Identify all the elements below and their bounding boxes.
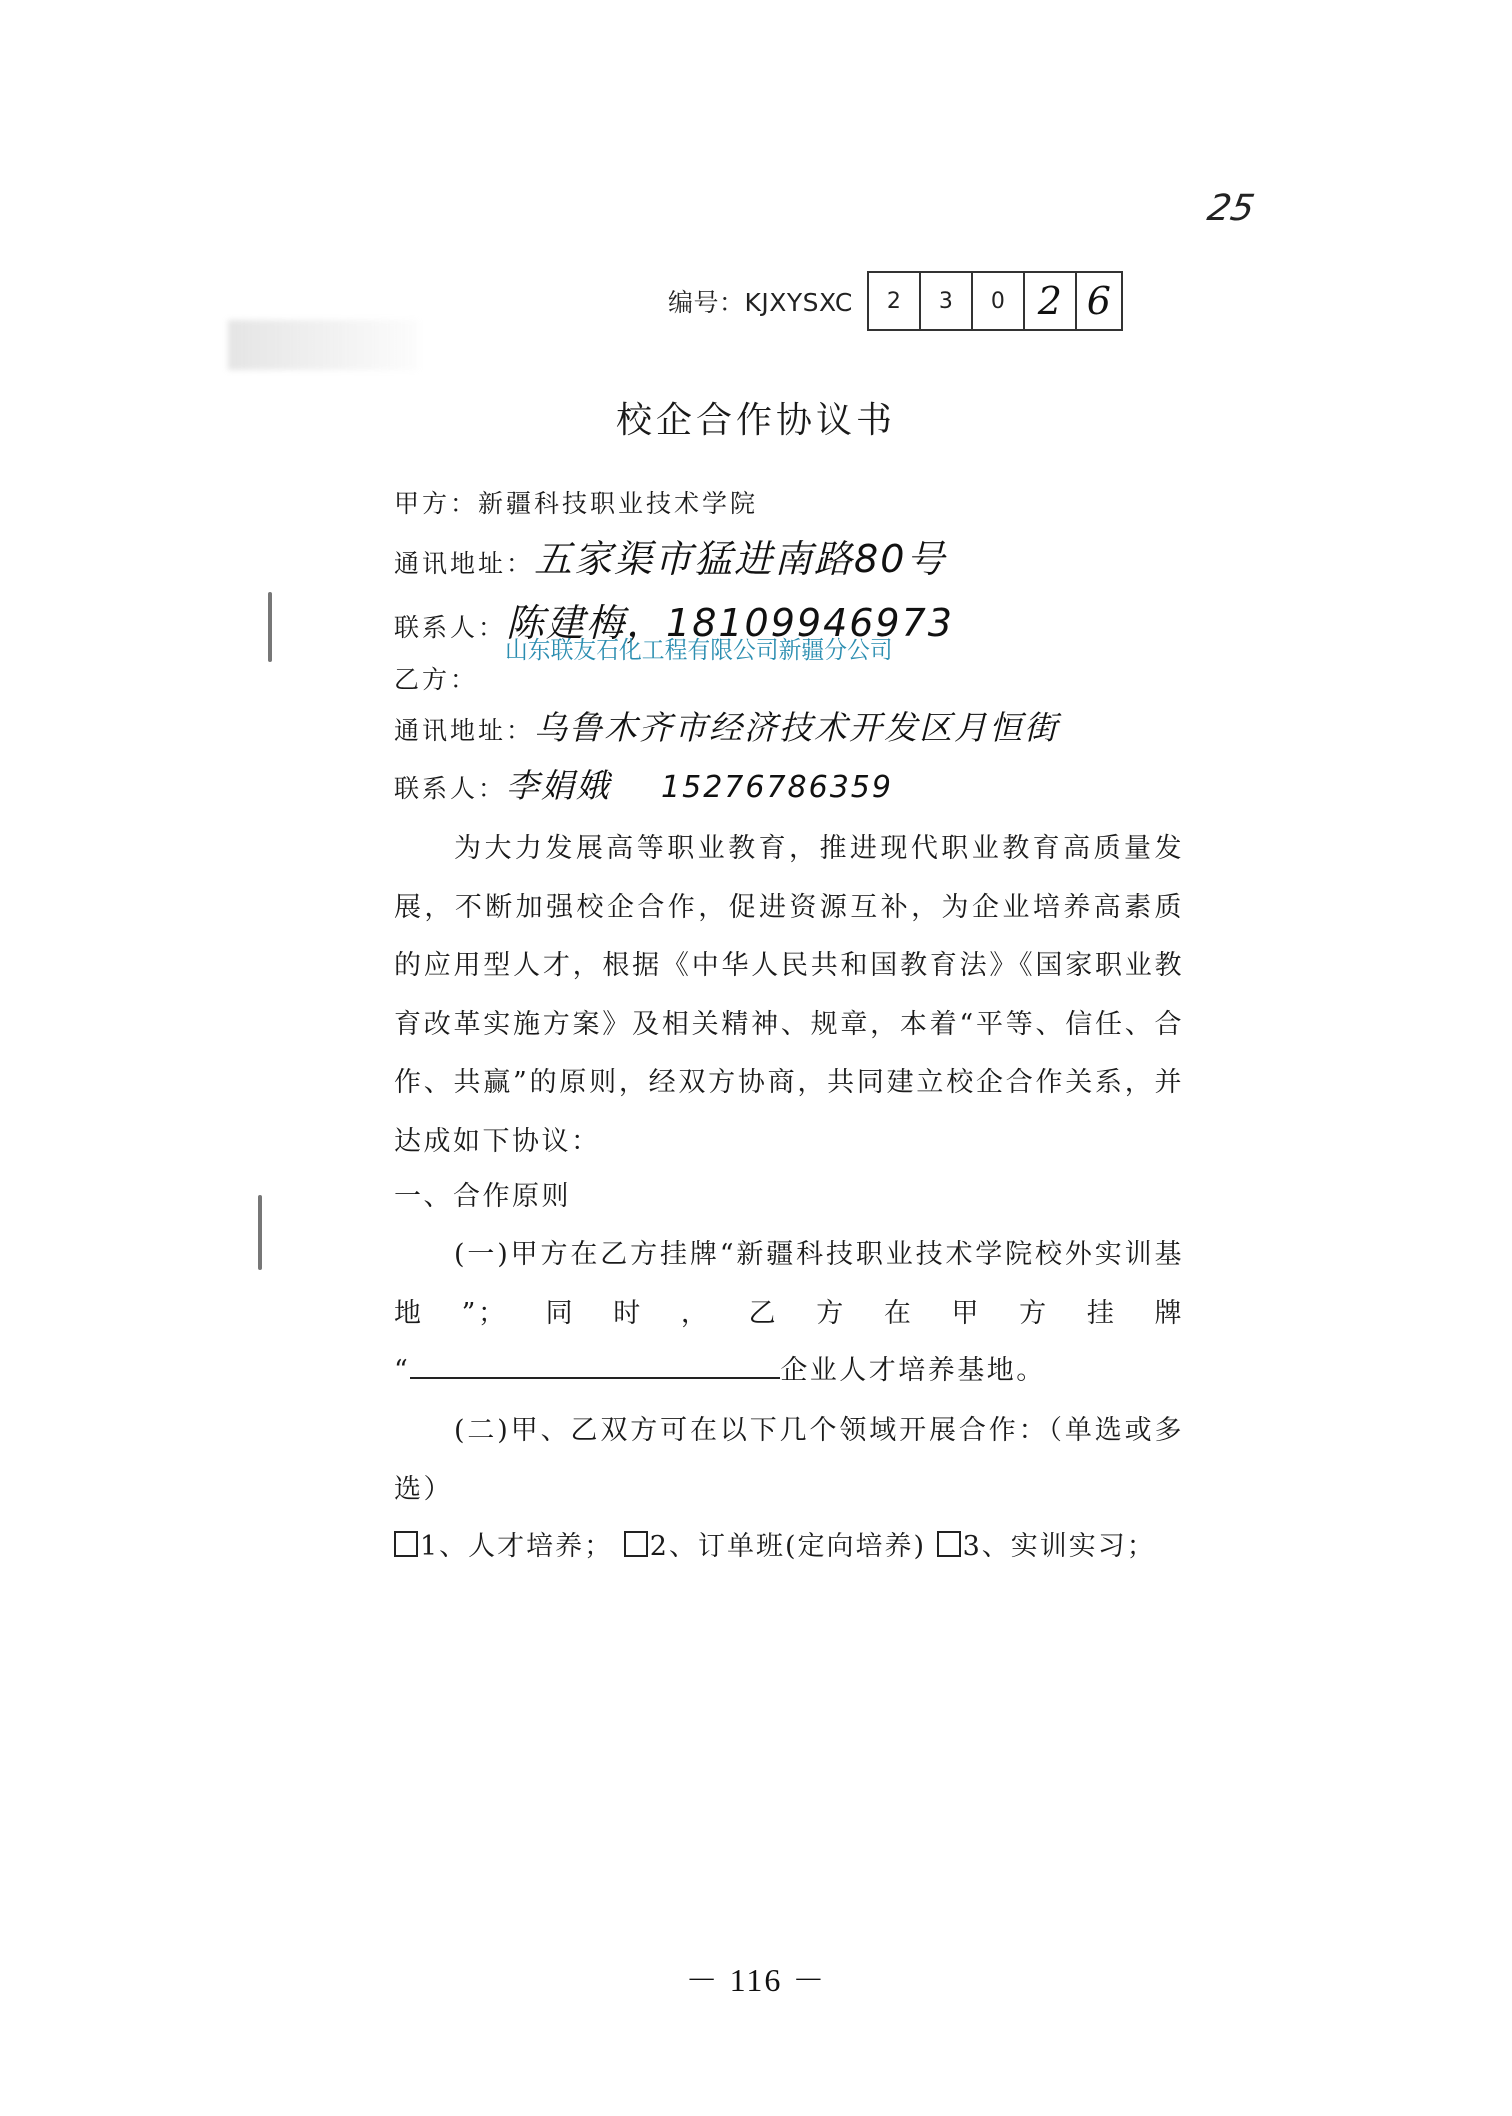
serial-digit: 2 — [869, 273, 921, 329]
serial-digit-handwritten: 2 — [1025, 273, 1077, 329]
party-b-line: 乙方： — [394, 660, 478, 696]
party-a-name: 新疆科技职业技术学院 — [478, 489, 758, 518]
serial-digit: 3 — [921, 273, 973, 329]
cooperation-options: 1、人才培养； 2、订单班(定向培养) 3、实训实习； — [394, 1518, 1184, 1577]
party-b-contact-name-handwritten: 李娟娥 — [506, 766, 611, 805]
serial-digit-handwritten: 6 — [1077, 273, 1121, 329]
party-b-label: 乙方： — [394, 665, 478, 694]
corner-handwritten-note: 25 — [1204, 188, 1257, 229]
serial-label: 编号：KJXYSXC — [668, 283, 853, 319]
section-1-item-1: (一)甲方在乙方挂牌“新疆科技职业技术学院校外实训基地”；同时，乙方在甲方挂牌 — [394, 1226, 1184, 1343]
party-a-address-label: 通讯地址： — [394, 549, 534, 578]
party-b-name-stamp: 山东联友石化工程有限公司新疆分公司 — [505, 630, 893, 665]
party-b-address-handwritten: 乌鲁木齐市经济技术开发区月恒街 — [534, 708, 1059, 747]
party-b-contact-label: 联系人： — [394, 774, 506, 803]
serial-digit: 0 — [973, 273, 1025, 329]
party-a-address-line: 通讯地址：五家渠市猛进南路80号 — [394, 528, 946, 583]
open-quote: “ — [394, 1355, 410, 1386]
party-a-label: 甲方： — [394, 489, 478, 518]
checkbox-icon[interactable] — [624, 1531, 648, 1557]
option-internship[interactable]: 3、实训实习； — [937, 1531, 1156, 1562]
party-b-contact-phone-handwritten: 15276786359 — [661, 770, 893, 805]
section-1-item-2: (二)甲、乙双方可在以下几个领域开展合作：（单选或多选） — [394, 1402, 1184, 1519]
serial-number: 编号：KJXYSXC 2 3 0 2 6 — [668, 270, 1123, 332]
document-title: 校企合作协议书 — [0, 392, 1512, 443]
item-1-text-end: 企业人才培养基地。 — [780, 1355, 1046, 1386]
option-label: 1、人才培养； — [420, 1531, 613, 1562]
party-a-contact-label: 联系人： — [394, 613, 506, 642]
party-b-address-line: 通讯地址：乌鲁木齐市经济技术开发区月恒街 — [394, 702, 1059, 749]
party-b-address-label: 通讯地址： — [394, 716, 534, 745]
margin-mark — [268, 592, 272, 662]
margin-mark — [258, 1195, 262, 1270]
preamble-paragraph: 为大力发展高等职业教育，推进现代职业教育高质量发展，不断加强校企合作，促进资源互… — [394, 820, 1184, 1171]
option-order-class[interactable]: 2、订单班(定向培养) — [624, 1531, 926, 1562]
party-a-line: 甲方：新疆科技职业技术学院 — [394, 484, 758, 520]
checkbox-icon[interactable] — [937, 1531, 961, 1557]
option-label: 3、实训实习； — [963, 1531, 1156, 1562]
party-a-address-handwritten: 五家渠市猛进南路80号 — [534, 537, 946, 581]
section-1-item-1-continued: “企业人才培养基地。 — [394, 1342, 1184, 1401]
page-number: － 116 － — [0, 1955, 1512, 2001]
option-label: 2、订单班(定向培养) — [650, 1531, 926, 1562]
checkbox-icon[interactable] — [394, 1531, 418, 1557]
item-1-text: (一)甲方在乙方挂牌“新疆科技职业技术学院校外实训基地”；同时，乙方在甲方挂牌 — [394, 1239, 1184, 1329]
scan-artifact — [228, 320, 418, 370]
blank-fill-line[interactable] — [410, 1351, 780, 1379]
section-1-heading: 一、合作原则 — [394, 1168, 1184, 1227]
serial-boxes: 2 3 0 2 6 — [867, 271, 1123, 331]
option-talent-training[interactable]: 1、人才培养； — [394, 1531, 613, 1562]
party-b-contact-line: 联系人：李娟娥15276786359 — [394, 760, 893, 807]
